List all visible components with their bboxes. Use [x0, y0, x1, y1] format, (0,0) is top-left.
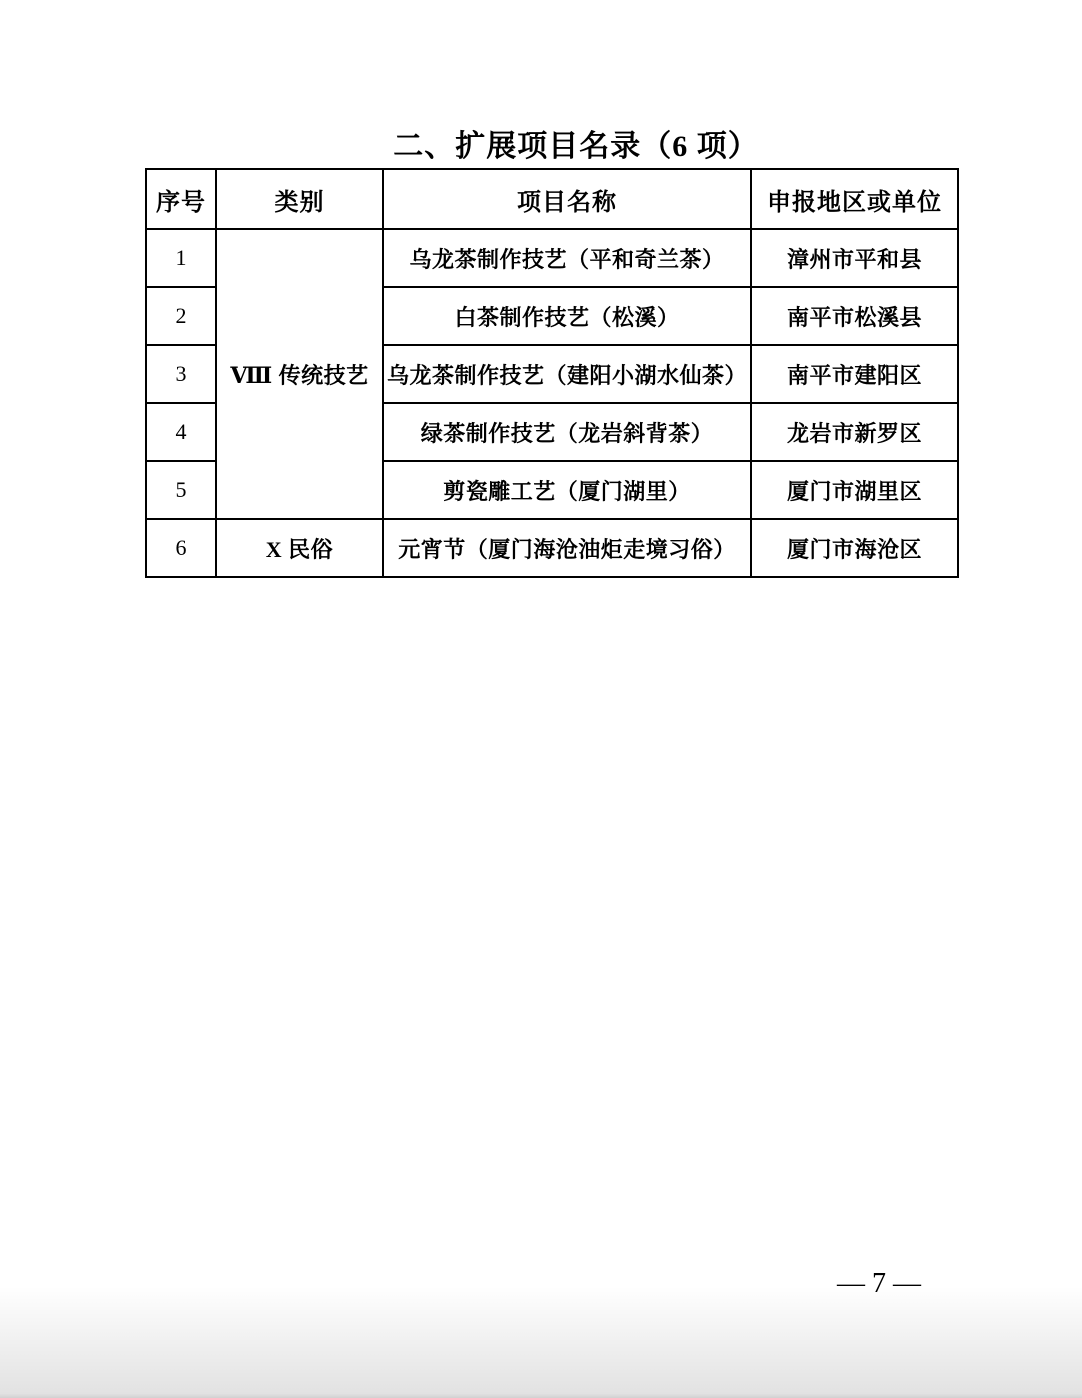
column-header-category: 类别: [216, 169, 383, 229]
region-cell: 龙岩市新罗区: [751, 403, 958, 461]
project-name-cell: 乌龙茶制作技艺（平和奇兰茶）: [383, 229, 751, 287]
page-number: — 7 —: [814, 1268, 944, 1300]
row-number-cell: 5: [146, 461, 216, 519]
region-cell: 南平市松溪县: [751, 287, 958, 345]
column-header-region: 申报地区或单位: [751, 169, 958, 229]
page-bottom-shade: [0, 1286, 1082, 1398]
project-name-cell: 绿茶制作技艺（龙岩斜背茶）: [383, 403, 751, 461]
projects-table: 序号 类别 项目名称 申报地区或单位 1 Ⅷ 传统技艺 乌龙茶制作技艺（平和奇兰…: [145, 168, 959, 578]
category-cell-folk-custom: X 民俗: [216, 519, 383, 577]
row-number-cell: 4: [146, 403, 216, 461]
column-header-name: 项目名称: [383, 169, 751, 229]
table-header: 序号 类别 项目名称 申报地区或单位: [146, 169, 958, 229]
region-cell: 漳州市平和县: [751, 229, 958, 287]
category-cell-traditional-craft: Ⅷ 传统技艺: [216, 229, 383, 519]
region-cell: 厦门市海沧区: [751, 519, 958, 577]
project-name-cell: 乌龙茶制作技艺（建阳小湖水仙茶）: [383, 345, 751, 403]
project-name-cell: 剪瓷雕工艺（厦门湖里）: [383, 461, 751, 519]
region-cell: 厦门市湖里区: [751, 461, 958, 519]
table-row: 6 X 民俗 元宵节（厦门海沧油炬走境习俗） 厦门市海沧区: [146, 519, 958, 577]
row-number-cell: 1: [146, 229, 216, 287]
project-name-cell: 元宵节（厦门海沧油炬走境习俗）: [383, 519, 751, 577]
table-header-row: 序号 类别 项目名称 申报地区或单位: [146, 169, 958, 229]
row-number-cell: 6: [146, 519, 216, 577]
region-cell: 南平市建阳区: [751, 345, 958, 403]
row-number-cell: 2: [146, 287, 216, 345]
row-number-cell: 3: [146, 345, 216, 403]
table-row: 1 Ⅷ 传统技艺 乌龙茶制作技艺（平和奇兰茶） 漳州市平和县: [146, 229, 958, 287]
document-page: 二、扩展项目名录（6 项） 序号 类别 项目名称 申报地区或单位 1 Ⅷ 传统技…: [0, 0, 1082, 1398]
page-title: 二、扩展项目名录（6 项）: [145, 121, 957, 165]
column-header-no: 序号: [146, 169, 216, 229]
project-name-cell: 白茶制作技艺（松溪）: [383, 287, 751, 345]
